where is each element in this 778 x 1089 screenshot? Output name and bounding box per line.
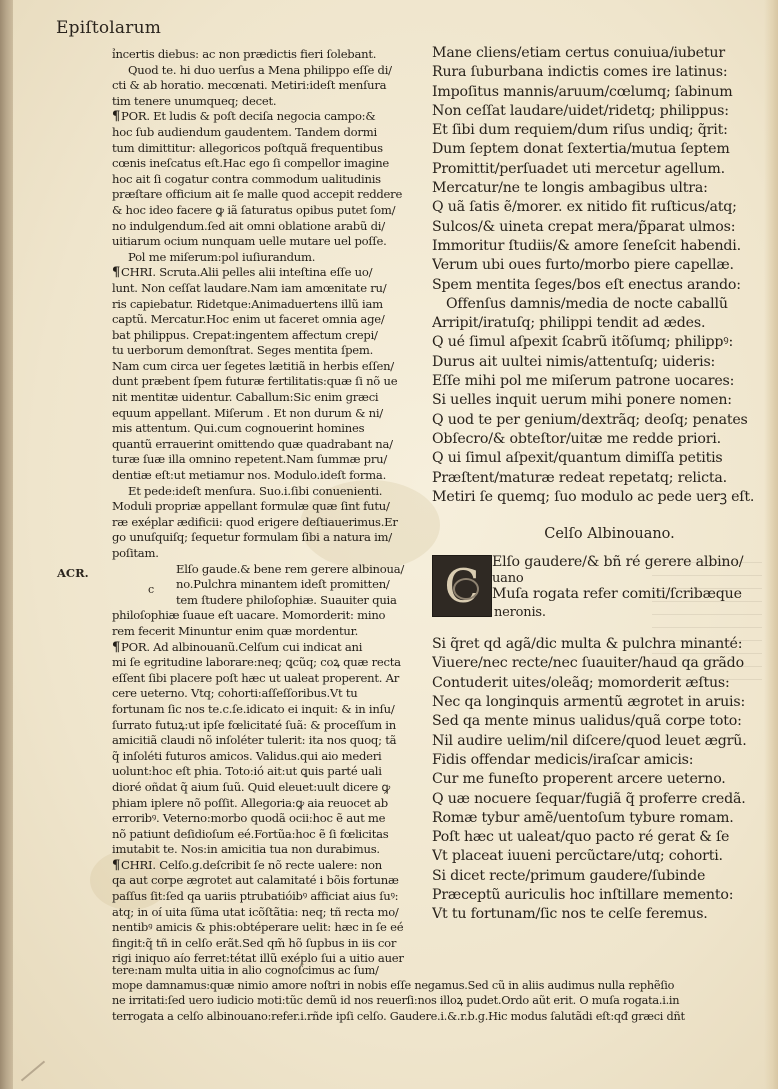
- commentary-line: rem fecerit Minuntur enim quæ mordentur.: [112, 624, 430, 640]
- commentary-line: ¶CHRI. Celſo.g.deſcribit ſe nõ recte ual…: [112, 858, 430, 874]
- verse-line: Spem mentita ſeges/bos eſt enectus arand…: [432, 276, 767, 295]
- pilcrow-icon: ¶: [112, 265, 120, 280]
- verse-line: uano: [492, 572, 772, 585]
- commentary-line: q̃ inſoléti futuros amicos. Validus.qui …: [112, 749, 430, 765]
- commentary-line: Pol me miſerum:pol iuſiurandum.: [112, 250, 430, 266]
- commentary-line: Quod te. hi duo uerſus a Mena philippo e…: [112, 63, 430, 79]
- commentary-line: equum appellant. Miſerum . Et non durum …: [112, 406, 430, 422]
- verse-line: Mane cliens/etiam certus conuiua/iubetur: [432, 44, 767, 63]
- commentary-line: fortunam ſic nos te.c.ſe.idicato ei inqu…: [112, 702, 430, 718]
- commentary-line: erroribꝰ. Veterno:morbo quodã ocii:hoc ẽ…: [112, 811, 430, 827]
- commentary-line: ræ exéplar ædificii: quod erigere deſtia…: [112, 515, 430, 531]
- commentary-text: POR. Et ludis & poſt deciſa negocia camp…: [121, 109, 375, 123]
- commentary-line: ỉncertis diebus: ac non prædictis fieri …: [112, 47, 430, 63]
- commentary-line: uolunt:hoc eſt phia. Toto:ió ait:ut ꝗuis…: [112, 764, 430, 780]
- verse-column: Mane cliens/etiam certus conuiua/iubetur…: [432, 44, 767, 925]
- verse-line: Verum ubi oues furto/morbo piere capellæ…: [432, 256, 767, 275]
- commentary-line: Elſo gaude.& bene rem gerere albinoua/: [112, 562, 430, 578]
- verse-line: Promittit/perſuadet uti mercetur agellum…: [432, 160, 767, 179]
- commentary-line: tu uerborum demonſtrat. Seges mentita ſp…: [112, 343, 430, 359]
- commentary-line: dioré oñdat q̃ aium ſuũ. Quid eleuet:uul…: [112, 780, 430, 796]
- commentary-line: uitiarum ocium nunquam uelle mutare uel …: [112, 234, 430, 250]
- commentary-line: cti & ab horatio. mecœnati. Metiri:ideſt…: [112, 78, 430, 94]
- verse-line: Dum ſeptem donat ſextertia/mutua ſeptem: [432, 140, 767, 159]
- verse-line: Immoritur ſtudiis/& amore ſeneſcit haben…: [432, 237, 767, 256]
- commentary-line: eſſent ſibi placere poſt hæc ut ualeat p…: [112, 671, 430, 687]
- pilcrow-icon: ¶: [112, 640, 120, 655]
- verse-line: Contuderit uites/oleãq; momorderit æſtus…: [432, 674, 767, 693]
- commentary-line: mi ſe egritudine laborare:neq; ꝗcũq; coꝝ…: [112, 655, 430, 671]
- commentary-text: CHRI. Celſo.g.deſcribit ſe nõ recte uale…: [121, 858, 382, 872]
- commentary-line: cere ueterno. Vtq; cohorti:aſſeſſoribus.…: [112, 686, 430, 702]
- verse-line: Muſa rogata refer comiti/ſcribæque: [492, 585, 772, 604]
- flourish-ornament: [453, 578, 479, 600]
- verse-line: Nil audire uelim/nil diſcere/quod leuet …: [432, 732, 767, 751]
- commentary-line: poſitam.: [112, 546, 430, 562]
- initial-text: Elſo gaudere/& bñ ré gerere albino/ uano…: [492, 553, 772, 621]
- running-head: Epiſtolarum: [56, 18, 161, 38]
- commentary-text: CHRI. Scruta.Alii pelles alii inteſtina …: [121, 265, 372, 279]
- bottom-commentary: tere:nam multa uitia in alio cognoſcimus…: [112, 963, 772, 1024]
- commentary-line: tim tenere unumqueq; decet.: [112, 94, 430, 110]
- commentary-line: phiam iplere nõ poſſit. Allegoria:ꝙ aia …: [112, 796, 430, 812]
- commentary-line: paſſus ſit:ſed qa uariis ptrubatióibꝰ af…: [112, 889, 430, 905]
- verse-line: Impoſitus mannis/aruum/cœlumq; ſabinum: [432, 83, 767, 102]
- verse-line: Et ſibi dum requiem/dum riſus undiq; q̃r…: [432, 121, 767, 140]
- commentary-line: tere:nam multa uitia in alio cognoſcimus…: [112, 963, 432, 978]
- commentary-line: Et pede:ideſt menſura. Suo.i.ſibi conuen…: [112, 484, 430, 500]
- margin-note-acr: ACR.: [57, 566, 89, 580]
- verse-line: Non ceſſat laudare/uidet/ridetq; philipp…: [432, 102, 767, 121]
- woodcut-initial-icon: C: [432, 555, 492, 617]
- commentary-line: amicitiã claudi nõ inſoléter tulerit: it…: [112, 733, 430, 749]
- verse-line: Rura ſuburbana indictis comes ire latinu…: [432, 63, 767, 82]
- commentary-line: Nam cum circa uer ſegetes lætitiã in her…: [112, 359, 430, 375]
- commentary-line: mis attentum. Qui.cum cognouerint homine…: [112, 421, 430, 437]
- verse-line: Vt tu fortunam/ſic nos te celſe feremus.: [432, 905, 767, 924]
- verse-line: Romæ tybur amẽ/uentoſum tybure romam.: [432, 809, 767, 828]
- commentary-line: no indulgendum.ſed ait omni oblatione ar…: [112, 219, 430, 235]
- commentary-line: ¶CHRI. Scruta.Alii pelles alii inteſtina…: [112, 265, 430, 281]
- section-title: Celſo Albinouano.: [432, 524, 767, 544]
- verse-line: Q ué ſimul aſpexit ſcabrũ itõſumq; phili…: [432, 333, 767, 352]
- commentary-line: nentibꝰ amicis & phis:obtéperare uelit: …: [112, 920, 430, 936]
- commentary-line: præſtare officium ait ſe malle quod acce…: [112, 187, 430, 203]
- commentary-line: fingit:q̃ tñ in celſo erãt.Sed qm̃ hõ ſu…: [112, 936, 430, 952]
- verse-line: Q uod te per genium/dextrãq; deoſq; pena…: [432, 411, 767, 430]
- verse-line: Eſſe mihi pol me miſerum patrone uocares…: [432, 372, 767, 391]
- verse-line: Viuere/nec recte/nec ſuauiter/haud qa gr…: [432, 654, 767, 673]
- commentary-line: captũ. Mercatur.Hoc enim ut faceret omni…: [112, 312, 430, 328]
- commentary-line: ¶POR. Ad albinouanũ.Celſum cui indicat a…: [112, 640, 430, 656]
- verse-line: Cur me funeſto properent arcere ueterno.: [432, 770, 767, 789]
- commentary-line: terrogata a celſo albinouano:refer.i.rñd…: [112, 1009, 772, 1024]
- commentary-line: hoc ait ſi cogatur contra commodum ualit…: [112, 172, 430, 188]
- commentary-line: ſurrato futuꝝ:ut ipſe fœlicitaté ſuã: & …: [112, 718, 430, 734]
- commentary-text: POR. Ad albinouanũ.Celſum cui indicat an…: [121, 640, 362, 654]
- pencil-mark: [21, 1061, 45, 1082]
- commentary-line: dentiæ eſt:ut metiamur nos. Modulo.ideſt…: [112, 468, 430, 484]
- commentary-line: tum dimittitur: allegoricos poſtquã freq…: [112, 141, 430, 157]
- commentary-line: no.Pulchra minantem ideſt promitten/: [112, 577, 430, 593]
- verse-line: Arripit/iratuſq; philippi tendit ad ædes…: [432, 314, 767, 333]
- commentary-line: atq; in oí uita ſũma utat icõſtãtia: neq…: [112, 905, 430, 921]
- verse-line: Q uã ſatis ẽ/morer. ex nitido fit ruſtic…: [432, 198, 767, 217]
- commentary-line: qa aut corpe ægrotet aut calamitaté i bõ…: [112, 873, 430, 889]
- verse-line: Præſtent/maturæ redeat repetatq; relicta…: [432, 469, 767, 488]
- verse-line: Præceptũ auriculis hoc inſtillare mement…: [432, 886, 767, 905]
- commentary-line: nõ patiunt deſidioſum eé.Fortũa:hoc ẽ ſi…: [112, 827, 430, 843]
- verse-line: Poſt hæc ut ualeat/quo pacto ré gerat & …: [432, 828, 767, 847]
- verse-line: Sed qa mente minus ualidus/quã corpe tot…: [432, 712, 767, 731]
- binding-edge: [0, 0, 13, 1089]
- verse-line: Metiri ſe quemq; ſuo modulo ac pede uerꝫ…: [432, 488, 767, 507]
- commentary-line: quantũ errauerint omittendo quæ quadraba…: [112, 437, 430, 453]
- commentary-line: Moduli propriæ appellant formulæ quæ ſin…: [112, 499, 430, 515]
- book-page: Epiſtolarum ACR. c ỉncertis diebus: ac n…: [0, 0, 778, 1089]
- verse-line: Si q̃ret qd agã/dic multa & pulchra mina…: [432, 635, 767, 654]
- commentary-column: ỉncertis diebus: ac non prædictis fieri …: [112, 47, 430, 967]
- commentary-line: hoc ſub audiendum gaudentem. Tandem dorm…: [112, 125, 430, 141]
- verse-line: Q ui ſimul aſpexit/quantum dimiſſa petit…: [432, 449, 767, 468]
- commentary-line: dunt præbent ſpem futuræ fertilitatis:qu…: [112, 374, 430, 390]
- verse-line: Nec qa longinquis armentũ ægrotet in aru…: [432, 693, 767, 712]
- pilcrow-icon: ¶: [112, 109, 120, 124]
- commentary-line: nit mentitæ uidentur. Caballum:Sic enim …: [112, 390, 430, 406]
- verse-line: Si uelles inquit uerum mihi ponere nomen…: [432, 391, 767, 410]
- commentary-line: ne irritati:ſed uero iudicio moti:tũc de…: [112, 993, 772, 1008]
- commentary-line: imutabit te. Nos:in amicitia tua non dur…: [112, 842, 430, 858]
- commentary-line: ¶POR. Et ludis & poſt deciſa negocia cam…: [112, 109, 430, 125]
- commentary-line: go unuſquiſq; ſequetur formulam ſibi a n…: [112, 530, 430, 546]
- pilcrow-icon: ¶: [112, 858, 120, 873]
- verse-line: Durus ait uultei nimis/attentuſq; uideri…: [432, 353, 767, 372]
- verse-line: Vt placeat iuueni percũctare/utq; cohort…: [432, 847, 767, 866]
- verse-line: Offenſus damnis/media de nocte caballũ: [432, 295, 767, 314]
- verse-line: Si dicet recte/primum gaudere/ſubinde: [432, 867, 767, 886]
- commentary-line: lunt. Non ceſſat laudare.Nam iam amœnita…: [112, 281, 430, 297]
- verse-line: Q uæ nocuere ſequar/fugiã q̃ proferre cr…: [432, 790, 767, 809]
- commentary-line: cœnis ineſcatus eſt.Hac ego ſi compellor…: [112, 156, 430, 172]
- commentary-line: philoſophiæ ſuaue eſt uacare. Momorderit…: [112, 608, 430, 624]
- commentary-line: ris capiebatur. Ridetque:Animaduertens i…: [112, 297, 430, 313]
- commentary-line: bat philippus. Crepat:ingentem affectum …: [112, 328, 430, 344]
- commentary-line: mope damnamus:quæ nimio amore noſtri in …: [112, 978, 772, 993]
- commentary-line: tem ſtudere philoſophiæ. Suauiter quia: [112, 593, 430, 609]
- verse-line: Mercatur/ne te longis ambagibus ultra:: [432, 179, 767, 198]
- verse-line: Fidis offendar medicis/iraſcar amicis:: [432, 751, 767, 770]
- verse-line: neronis.: [492, 605, 772, 621]
- initial-block: C Elſo gaudere/& bñ ré gerere albino/ ua…: [432, 553, 767, 635]
- verse-line: Elſo gaudere/& bñ ré gerere albino/: [492, 553, 772, 572]
- verse-line: Obſecro/& obteſtor/uitæ me redde priori.: [432, 430, 767, 449]
- commentary-line: turæ ſuæ illa omnino repetent.Nam ſummæ …: [112, 452, 430, 468]
- verse-line: Sulcos/& uineta crepat mera/p̃parat ulmo…: [432, 218, 767, 237]
- commentary-line: & hoc ideo facere ꝙ iã ſaturatus opibus …: [112, 203, 430, 219]
